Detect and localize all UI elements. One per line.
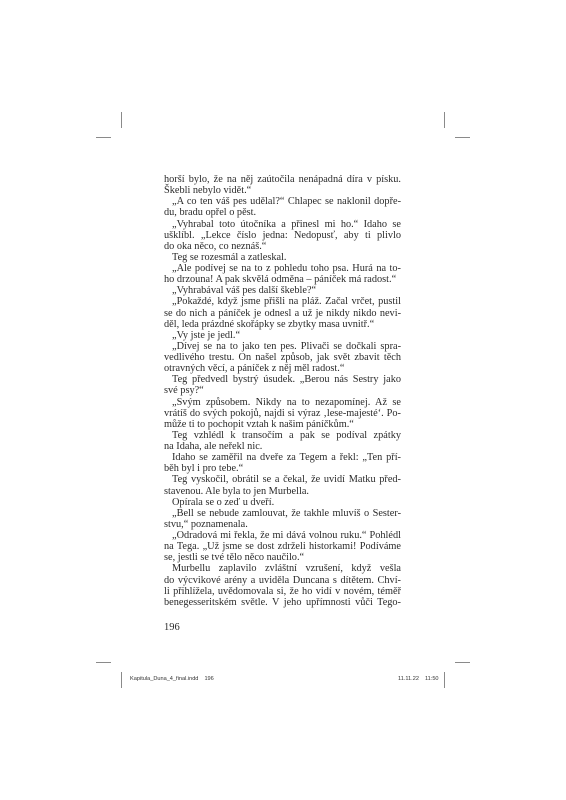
book-page: horší bylo, že na něj zaútočila nenápadn…: [0, 0, 566, 800]
text-line: benegesseritském světle. V jeho upřímnos…: [164, 597, 401, 608]
text-line: vrátíš do svých pokojů, najdi si výraz ‚…: [164, 408, 401, 419]
text-line: „Dívej se na to jako ten pes. Plivači se…: [164, 341, 401, 352]
text-line: ušklíbl. „Lekce číslo jedna: Nedopusť, a…: [164, 230, 401, 241]
text-line: „Odradová mi řekla, že mi dává volnou ru…: [164, 530, 401, 541]
slug-time: 11:50: [425, 676, 439, 682]
text-line: do oka něco, co neznáš.“: [164, 241, 401, 252]
crop-mark-top-left-vertical: [121, 112, 122, 128]
text-line: horší bylo, že na něj zaútočila nenápadn…: [164, 174, 401, 185]
text-line: do výcvikové arény a uviděla Duncana s d…: [164, 575, 401, 586]
text-line: li přihlížela, uvědomovala si, že ho vid…: [164, 586, 401, 597]
slug-timestamp: 11.11.2211:50: [398, 676, 439, 682]
text-line: ho drzouna! A pak skvělá odměna – páníče…: [164, 274, 401, 285]
text-line: Teg vzhlédl k transočím a pak se podíval…: [164, 430, 401, 441]
text-line: může ti to pochopit vztah k našim páníčk…: [164, 419, 401, 430]
text-line: „Pokaždé, když jsme přišli na pláž. Zača…: [164, 296, 401, 307]
slug-file-info: Kapitula_Duna_4_final.indd196: [130, 676, 214, 682]
crop-mark-bottom-left-vertical: [121, 672, 122, 688]
text-line: na Idaha, ale neřekl nic.: [164, 441, 401, 452]
text-line: „Bell se nebude zamlouvat, že takhle mlu…: [164, 508, 401, 519]
text-line: „A co ten váš pes udělal?“ Chlapec se na…: [164, 196, 401, 207]
text-line: „Vyhrabal toto útočníka a přinesl mi ho.…: [164, 219, 401, 230]
text-line: Teg vyskočil, obrátil se a čekal, že uvi…: [164, 474, 401, 485]
text-line: Teg předvedl bystrý úsudek. „Berou nás S…: [164, 374, 401, 385]
text-line: Teg se rozesmál a zatleskal.: [164, 252, 401, 263]
text-line: „Vyhrabával váš pes další škeble?“: [164, 285, 401, 296]
slug-page: 196: [204, 676, 213, 682]
crop-mark-top-right-vertical: [444, 112, 445, 128]
page-number: 196: [164, 622, 180, 633]
text-line: stavenou. Ale byla to jen Murbella.: [164, 486, 401, 497]
crop-mark-top-right-horizontal: [455, 137, 470, 138]
text-line: vedlivého trestu. On našel způsob, jak s…: [164, 352, 401, 363]
text-line: děl, leda prázdné skořápky se zbytky mas…: [164, 319, 401, 330]
text-line: Idaho se zaměřil na dveře za Tegem a řek…: [164, 452, 401, 463]
text-line: Opírala se o zeď u dveří.: [164, 497, 401, 508]
slug-filename: Kapitula_Duna_4_final.indd: [130, 676, 198, 682]
slug-date: 11.11.22: [398, 676, 419, 682]
text-line: Škebli nebylo vidět.“: [164, 185, 401, 196]
crop-mark-top-left-horizontal: [96, 137, 111, 138]
text-line: běh byl i pro tebe.“: [164, 463, 401, 474]
text-line: „Svým způsobem. Nikdy na to nezapomínej.…: [164, 397, 401, 408]
text-line: se, jestli se tvé tělo něco naučilo.“: [164, 552, 401, 563]
text-line: své psy?“: [164, 385, 401, 396]
body-text: horší bylo, že na něj zaútočila nenápadn…: [164, 174, 401, 608]
text-line: „Vy jste je jedl.“: [164, 330, 401, 341]
crop-mark-bottom-left-horizontal: [96, 662, 111, 663]
text-line: na Tega. „Už jsme se dost zdrželi histor…: [164, 541, 401, 552]
text-line: Murbellu zaplavilo zvláštní vzrušení, kd…: [164, 563, 401, 574]
text-line: „Ale podívej se na to z pohledu toho psa…: [164, 263, 401, 274]
text-line: stvu,“ poznamenala.: [164, 519, 401, 530]
crop-mark-bottom-right-horizontal: [455, 662, 470, 663]
text-line: du, bradu opřel o pěst.: [164, 207, 401, 218]
text-line: otravných věcí, a páníček z něj měl rado…: [164, 363, 401, 374]
crop-mark-bottom-right-vertical: [444, 672, 445, 688]
text-line: se do nich a páníček je odnesl a už je n…: [164, 308, 401, 319]
